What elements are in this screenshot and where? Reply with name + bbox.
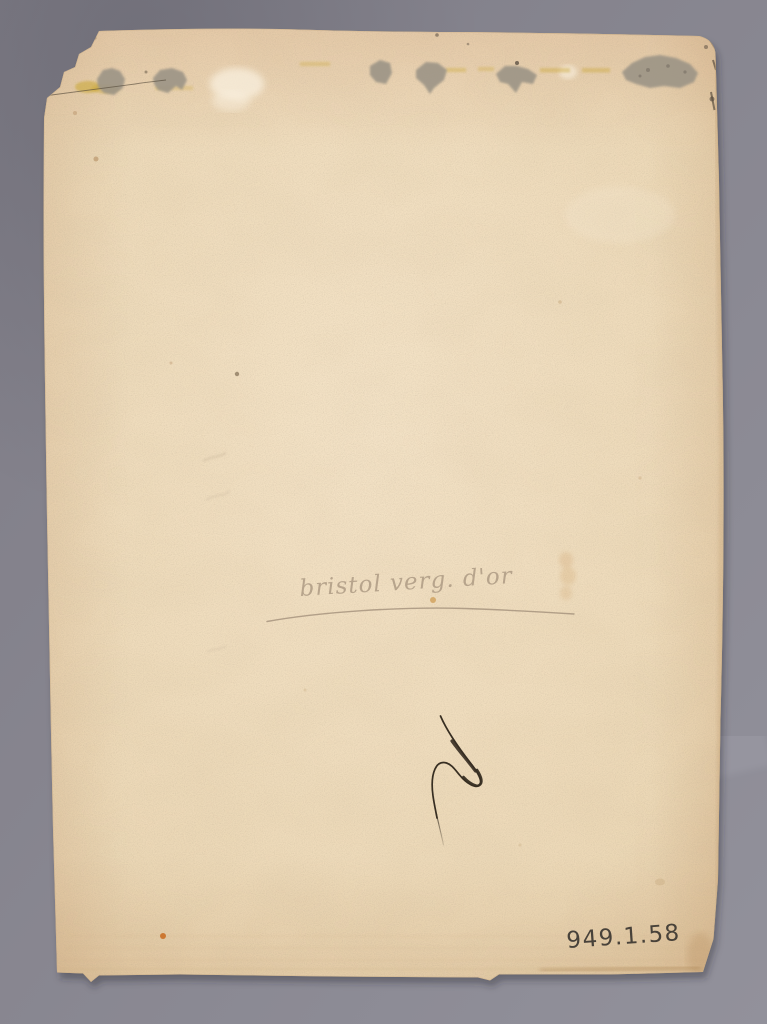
paper-grain-texture <box>43 28 725 984</box>
paper-surface-details: bristol verg. d'or 949.1.58 <box>43 28 725 985</box>
tan-stain-blob <box>560 567 576 585</box>
glue-stain <box>478 67 494 71</box>
dark-speck <box>467 43 470 46</box>
foxing-spot <box>558 300 562 304</box>
residue-speck <box>646 68 650 72</box>
tan-stain-blob <box>559 552 573 568</box>
dark-speck <box>710 97 715 102</box>
glue-stain <box>582 68 610 73</box>
glue-stain <box>540 68 570 73</box>
photo-of-artwork-verso: bristol verg. d'or 949.1.58 <box>0 0 767 1024</box>
residue-speck <box>666 64 670 68</box>
foxing-spot <box>73 111 77 115</box>
glue-stain <box>446 68 466 72</box>
dark-speck <box>435 33 439 37</box>
tan-stain-blob <box>560 586 572 600</box>
foxing-spot <box>638 476 641 479</box>
dark-speck <box>145 71 148 74</box>
artwork-photo-svg: bristol verg. d'or 949.1.58 <box>0 0 767 1024</box>
dark-speck <box>515 61 519 65</box>
white-patch <box>212 91 250 111</box>
foxing-spot <box>430 597 436 603</box>
foxing-spot <box>519 844 522 847</box>
foxing-spot <box>235 372 239 376</box>
dark-speck <box>704 45 708 49</box>
white-patch <box>565 187 675 243</box>
residue-speck <box>639 75 642 78</box>
foxing-spot <box>94 157 99 162</box>
foxing-spot <box>170 362 173 365</box>
residue-speck <box>683 70 686 73</box>
glue-stain <box>300 62 330 66</box>
foxing-spot <box>304 689 307 692</box>
foxing-spot <box>160 933 166 939</box>
foxing-spot <box>655 879 665 886</box>
